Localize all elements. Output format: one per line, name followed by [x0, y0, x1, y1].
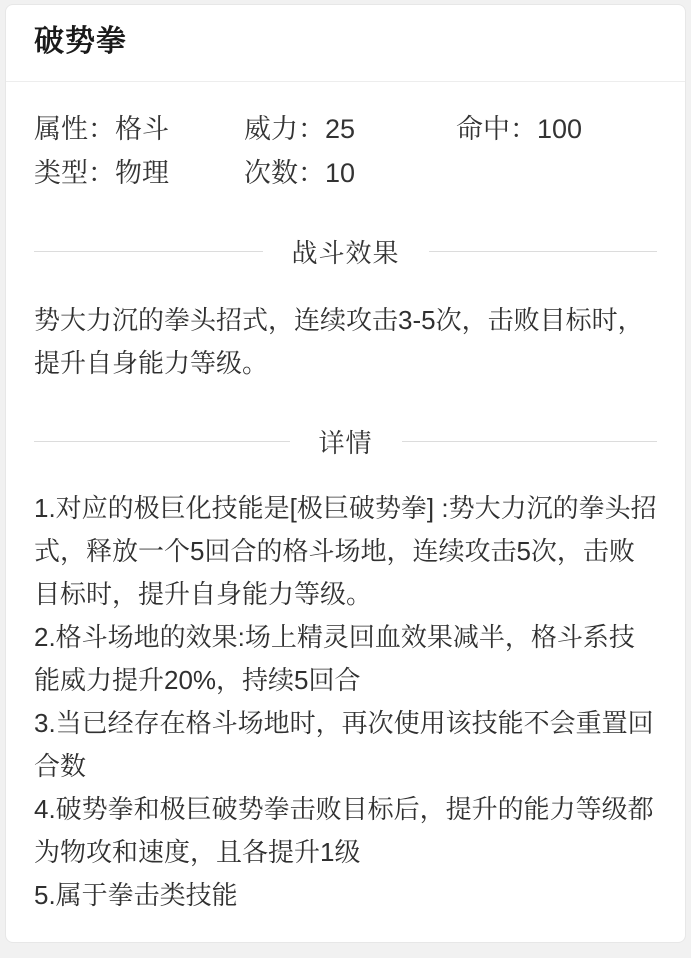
- battle-effect-heading: 战斗效果: [292, 233, 400, 270]
- stat-type-label: 类型：: [34, 158, 115, 188]
- battle-effect-text: 势大力沉的拳头招式，连续攻击3-5次，击败目标时，提升自身能力等级。: [34, 299, 657, 385]
- stat-power: 威力：25: [244, 107, 456, 151]
- details-list: 1.对应的极巨化技能是[极巨破势拳] :势大力沉的拳头招式，释放一个5回合的格斗…: [34, 487, 657, 917]
- details-divider: 详情: [34, 423, 657, 459]
- stat-accuracy-value: 100: [537, 114, 582, 144]
- detail-item: 4.破势拳和极巨破势拳击败目标后，提升的能力等级都为物攻和速度，且各提升1级: [34, 788, 657, 874]
- skill-title: 破势拳: [6, 5, 685, 82]
- detail-item: 5.属于拳击类技能: [34, 874, 657, 917]
- detail-item: 2.格斗场地的效果:场上精灵回血效果减半，格斗系技能威力提升20%，持续5回合: [34, 616, 657, 702]
- skill-detail-card: 破势拳 属性：格斗 威力：25 命中：100 类型：物理 次数：10 战斗效果 …: [5, 4, 686, 943]
- stat-accuracy: 命中：100: [456, 107, 657, 151]
- stat-uses-value: 10: [325, 158, 355, 188]
- stat-attribute: 属性：格斗: [34, 107, 244, 151]
- stat-power-label: 威力：: [244, 114, 325, 144]
- stat-attribute-label: 属性：: [34, 114, 115, 144]
- page-background: 破势拳 属性：格斗 威力：25 命中：100 类型：物理 次数：10 战斗效果 …: [0, 0, 691, 958]
- divider-line-right: [429, 251, 658, 252]
- detail-item: 3.当已经存在格斗场地时，再次使用该技能不会重置回合数: [34, 702, 657, 788]
- stat-accuracy-label: 命中：: [456, 114, 537, 144]
- stat-uses-label: 次数：: [244, 158, 325, 188]
- divider-line-left: [34, 441, 290, 442]
- stat-attribute-value: 格斗: [115, 114, 169, 144]
- stat-type: 类型：物理: [34, 151, 244, 195]
- divider-line-left: [34, 251, 263, 252]
- stat-type-value: 物理: [115, 158, 169, 188]
- divider-line-right: [402, 441, 658, 442]
- details-heading: 详情: [319, 423, 373, 460]
- stat-power-value: 25: [325, 114, 355, 144]
- skill-stats-grid: 属性：格斗 威力：25 命中：100 类型：物理 次数：10: [6, 82, 685, 195]
- stat-uses: 次数：10: [244, 151, 456, 195]
- battle-effect-divider: 战斗效果: [34, 233, 657, 269]
- detail-item: 1.对应的极巨化技能是[极巨破势拳] :势大力沉的拳头招式，释放一个5回合的格斗…: [34, 487, 657, 616]
- stat-empty-cell: [456, 151, 657, 195]
